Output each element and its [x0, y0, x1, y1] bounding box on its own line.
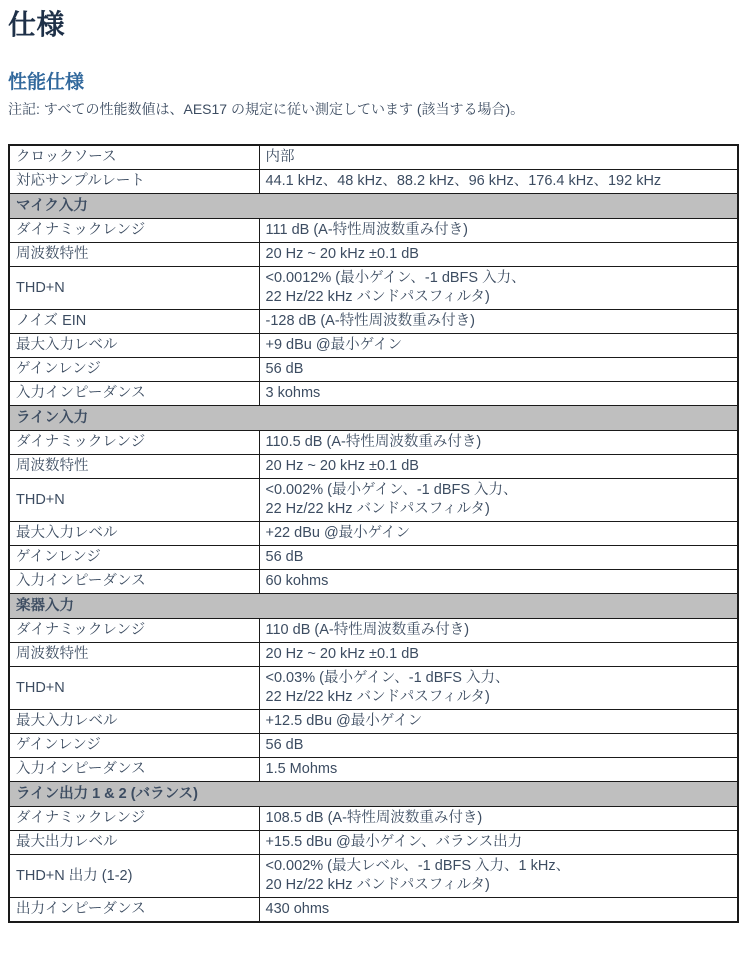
- spec-label: クロックソース: [9, 145, 259, 170]
- spec-value: 内部: [259, 145, 738, 170]
- spec-label: 入力インピーダンス: [9, 382, 259, 406]
- spec-label: 出力インピーダンス: [9, 898, 259, 923]
- spec-label: 入力インピーダンス: [9, 570, 259, 594]
- spec-row: 入力インピーダンス1.5 Mohms: [9, 758, 738, 782]
- spec-label: 最大入力レベル: [9, 710, 259, 734]
- spec-row: 入力インピーダンス3 kohms: [9, 382, 738, 406]
- performance-specs-heading: 性能仕様: [8, 71, 742, 95]
- section-header-row: 楽器入力: [9, 594, 738, 619]
- spec-row: 周波数特性20 Hz ~ 20 kHz ±0.1 dB: [9, 243, 738, 267]
- spec-label: 周波数特性: [9, 243, 259, 267]
- section-header-label: ライン入力: [9, 406, 738, 431]
- spec-label: THD+N: [9, 479, 259, 522]
- spec-value: 56 dB: [259, 734, 738, 758]
- spec-row: ゲインレンジ56 dB: [9, 734, 738, 758]
- section-header-row: ライン出力 1 & 2 (バランス): [9, 782, 738, 807]
- spec-label: ノイズ EIN: [9, 310, 259, 334]
- spec-row: THD+N<0.03% (最小ゲイン、-1 dBFS 入力、 22 Hz/22 …: [9, 667, 738, 710]
- section-header-row: マイク入力: [9, 194, 738, 219]
- spec-value: 56 dB: [259, 358, 738, 382]
- spec-value: 108.5 dB (A-特性周波数重み付き): [259, 807, 738, 831]
- spec-value: 3 kohms: [259, 382, 738, 406]
- spec-row: クロックソース内部: [9, 145, 738, 170]
- spec-row: ダイナミックレンジ111 dB (A-特性周波数重み付き): [9, 219, 738, 243]
- spec-label: ゲインレンジ: [9, 734, 259, 758]
- spec-label: ダイナミックレンジ: [9, 807, 259, 831]
- spec-value: +9 dBu @最小ゲイン: [259, 334, 738, 358]
- spec-label: ゲインレンジ: [9, 546, 259, 570]
- spec-value: 44.1 kHz、48 kHz、88.2 kHz、96 kHz、176.4 kH…: [259, 170, 738, 194]
- spec-value: 110.5 dB (A-特性周波数重み付き): [259, 431, 738, 455]
- spec-value: 111 dB (A-特性周波数重み付き): [259, 219, 738, 243]
- spec-row: THD+N<0.0012% (最小ゲイン、-1 dBFS 入力、 22 Hz/2…: [9, 267, 738, 310]
- spec-value: 110 dB (A-特性周波数重み付き): [259, 619, 738, 643]
- spec-value: 430 ohms: [259, 898, 738, 923]
- page-title: 仕様: [8, 8, 742, 42]
- section-header-label: マイク入力: [9, 194, 738, 219]
- spec-value: <0.002% (最小ゲイン、-1 dBFS 入力、 22 Hz/22 kHz …: [259, 479, 738, 522]
- spec-row: 周波数特性20 Hz ~ 20 kHz ±0.1 dB: [9, 643, 738, 667]
- section-header-row: ライン入力: [9, 406, 738, 431]
- spec-row: ゲインレンジ56 dB: [9, 546, 738, 570]
- spec-row: 周波数特性20 Hz ~ 20 kHz ±0.1 dB: [9, 455, 738, 479]
- spec-row: THD+N 出力 (1-2)<0.002% (最大レベル、-1 dBFS 入力、…: [9, 855, 738, 898]
- spec-value: +12.5 dBu @最小ゲイン: [259, 710, 738, 734]
- spec-row: ダイナミックレンジ110.5 dB (A-特性周波数重み付き): [9, 431, 738, 455]
- spec-row: ダイナミックレンジ108.5 dB (A-特性周波数重み付き): [9, 807, 738, 831]
- spec-row: 最大入力レベル+9 dBu @最小ゲイン: [9, 334, 738, 358]
- spec-label: ダイナミックレンジ: [9, 431, 259, 455]
- section-header-label: 楽器入力: [9, 594, 738, 619]
- spec-label: 最大入力レベル: [9, 522, 259, 546]
- spec-label: 対応サンプルレート: [9, 170, 259, 194]
- spec-value: 20 Hz ~ 20 kHz ±0.1 dB: [259, 243, 738, 267]
- spec-row: ゲインレンジ56 dB: [9, 358, 738, 382]
- spec-value: <0.002% (最大レベル、-1 dBFS 入力、1 kHz、 20 Hz/2…: [259, 855, 738, 898]
- spec-row: 対応サンプルレート44.1 kHz、48 kHz、88.2 kHz、96 kHz…: [9, 170, 738, 194]
- spec-label: THD+N 出力 (1-2): [9, 855, 259, 898]
- spec-value: 20 Hz ~ 20 kHz ±0.1 dB: [259, 455, 738, 479]
- spec-value: -128 dB (A-特性周波数重み付き): [259, 310, 738, 334]
- spec-value: +22 dBu @最小ゲイン: [259, 522, 738, 546]
- section-header-label: ライン出力 1 & 2 (バランス): [9, 782, 738, 807]
- spec-label: 入力インピーダンス: [9, 758, 259, 782]
- spec-value: <0.03% (最小ゲイン、-1 dBFS 入力、 22 Hz/22 kHz バ…: [259, 667, 738, 710]
- spec-row: 最大出力レベル+15.5 dBu @最小ゲイン、バランス出力: [9, 831, 738, 855]
- performance-spec-table: クロックソース内部対応サンプルレート44.1 kHz、48 kHz、88.2 k…: [8, 144, 739, 923]
- spec-row: 出力インピーダンス430 ohms: [9, 898, 738, 923]
- spec-row: 入力インピーダンス60 kohms: [9, 570, 738, 594]
- spec-label: ダイナミックレンジ: [9, 219, 259, 243]
- spec-label: THD+N: [9, 267, 259, 310]
- spec-label: 周波数特性: [9, 455, 259, 479]
- spec-row: ダイナミックレンジ110 dB (A-特性周波数重み付き): [9, 619, 738, 643]
- spec-document-page: 仕様 性能仕様 注記: すべての性能数値は、AES17 の規定に従い測定していま…: [0, 0, 750, 957]
- spec-value: 1.5 Mohms: [259, 758, 738, 782]
- spec-value: 56 dB: [259, 546, 738, 570]
- spec-label: ダイナミックレンジ: [9, 619, 259, 643]
- spec-row: THD+N<0.002% (最小ゲイン、-1 dBFS 入力、 22 Hz/22…: [9, 479, 738, 522]
- spec-row: 最大入力レベル+12.5 dBu @最小ゲイン: [9, 710, 738, 734]
- spec-value: 60 kohms: [259, 570, 738, 594]
- spec-row: ノイズ EIN-128 dB (A-特性周波数重み付き): [9, 310, 738, 334]
- spec-row: 最大入力レベル+22 dBu @最小ゲイン: [9, 522, 738, 546]
- spec-table-body: クロックソース内部対応サンプルレート44.1 kHz、48 kHz、88.2 k…: [9, 145, 738, 922]
- spec-label: 最大出力レベル: [9, 831, 259, 855]
- measurement-note: 注記: すべての性能数値は、AES17 の規定に従い測定しています (該当する場…: [8, 100, 742, 119]
- spec-label: 最大入力レベル: [9, 334, 259, 358]
- spec-value: 20 Hz ~ 20 kHz ±0.1 dB: [259, 643, 738, 667]
- spec-label: THD+N: [9, 667, 259, 710]
- spec-value: <0.0012% (最小ゲイン、-1 dBFS 入力、 22 Hz/22 kHz…: [259, 267, 738, 310]
- spec-value: +15.5 dBu @最小ゲイン、バランス出力: [259, 831, 738, 855]
- spec-label: 周波数特性: [9, 643, 259, 667]
- spec-label: ゲインレンジ: [9, 358, 259, 382]
